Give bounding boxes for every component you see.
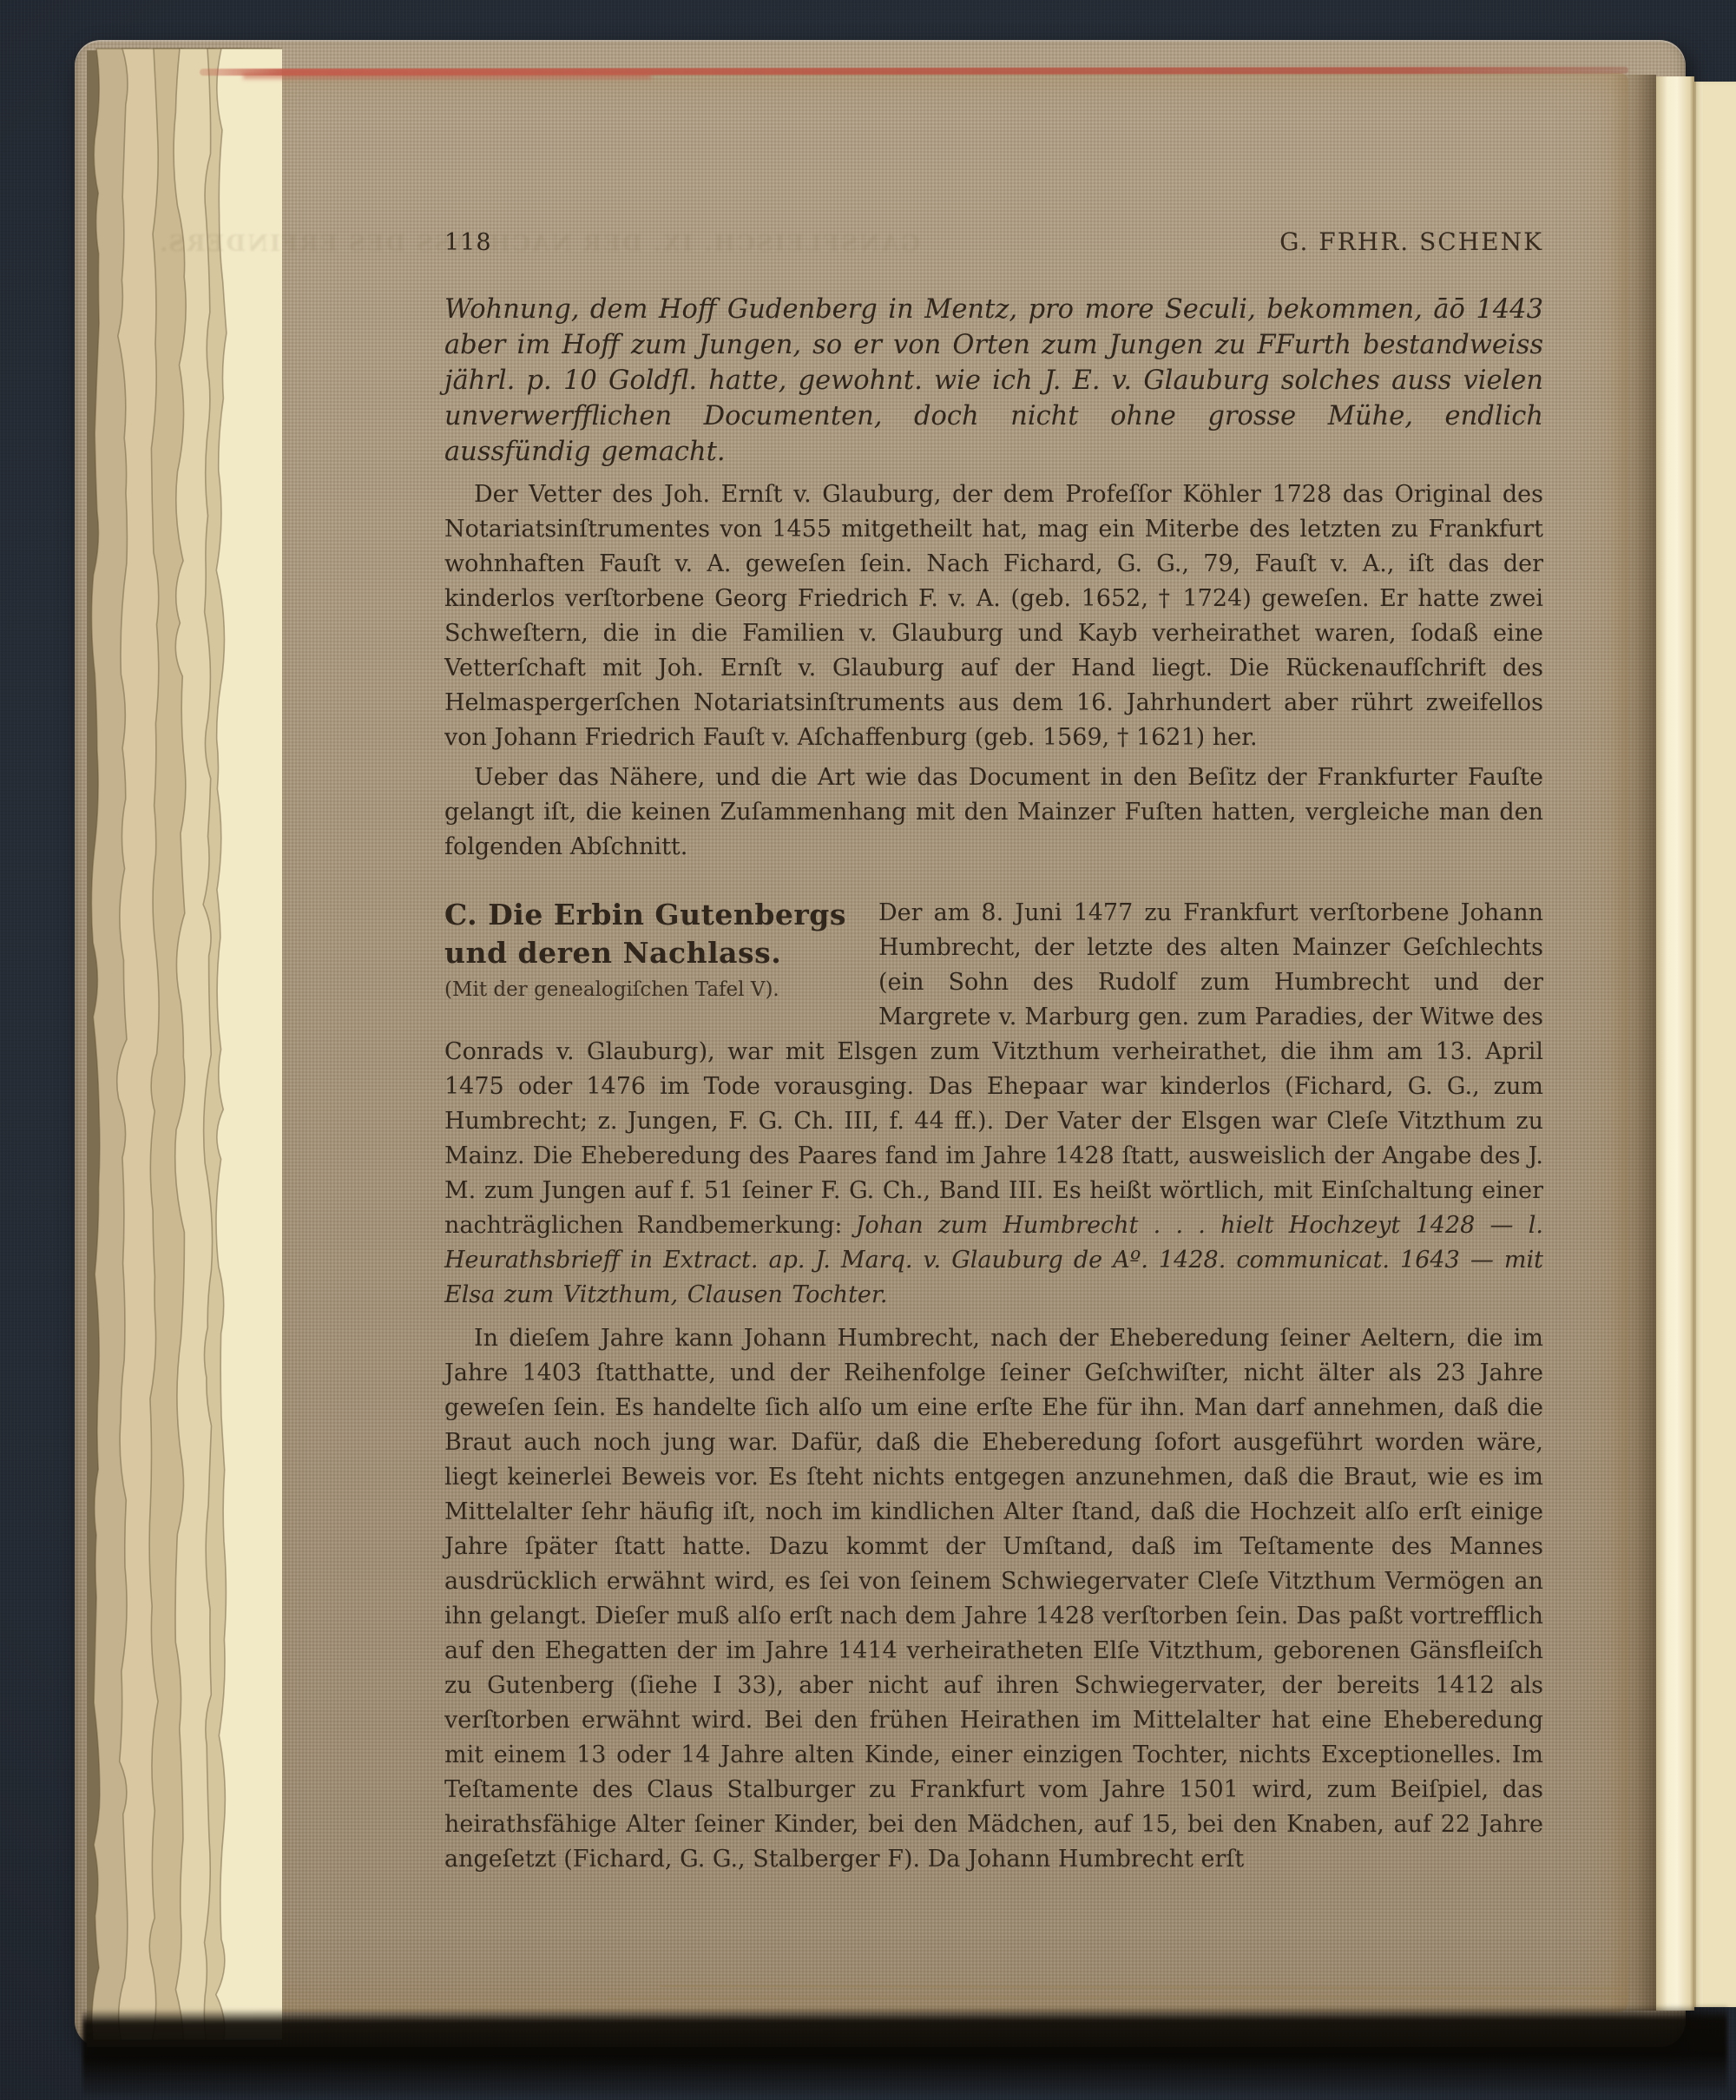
paragraph-ueber: Ueber das Nähere, und die Art wie das Do… [444,760,1543,865]
photo-background: GANSFLEISCH. IX. DER NACHLASS DES ERFIND… [0,0,1736,2100]
section-heading-line1: C. Die Erbin Gutenbergs [444,896,852,934]
paragraph-quote: Wohnung, dem Hoff Gudenberg in Mentz, pr… [444,292,1543,470]
deckled-page-edges [82,43,282,2053]
page-top-stain-smudge [243,73,651,79]
text-run: Ueber das Nähere, und die Art wie das Do… [444,764,1543,860]
text-run: Der Vetter des Joh. Ernſt v. Glauburg, d… [444,481,1543,751]
gutter-shadow [1611,75,1656,2011]
paragraph-vetter: Der Vetter des Joh. Ernſt v. Glauburg, d… [444,477,1543,755]
text-run: In dieſem Jahre kann Johann Humbrecht, n… [444,1325,1543,1873]
page-number: 118 [444,229,492,256]
running-title: G. FRHR. SCHENK [1279,227,1543,256]
body-text: Wohnung, dem Hoff Gudenberg in Mentz, pr… [444,292,1543,1877]
book-cast-shadow [82,2005,1727,2098]
running-header: 118 G. FRHR. SCHENK [444,227,1543,256]
section-heading: C. Die Erbin Gutenbergsund deren Nachlas… [444,896,852,1005]
section-heading-line2: und deren Nachlass. [444,934,852,972]
facing-page-edge [1694,82,1736,2007]
paragraph-indiesem: In dieſem Jahre kann Johann Humbrecht, n… [444,1321,1543,1877]
paragraph-erbin: C. Die Erbin Gutenbergsund deren Nachlas… [444,896,1543,1313]
section-heading-note: (Mit der genealogiſchen Tafel V). [444,972,852,1007]
italic-run: Wohnung, dem Hoff Gudenberg in Mentz, pr… [444,294,1543,467]
page-fold-highlight [1656,76,1694,2011]
